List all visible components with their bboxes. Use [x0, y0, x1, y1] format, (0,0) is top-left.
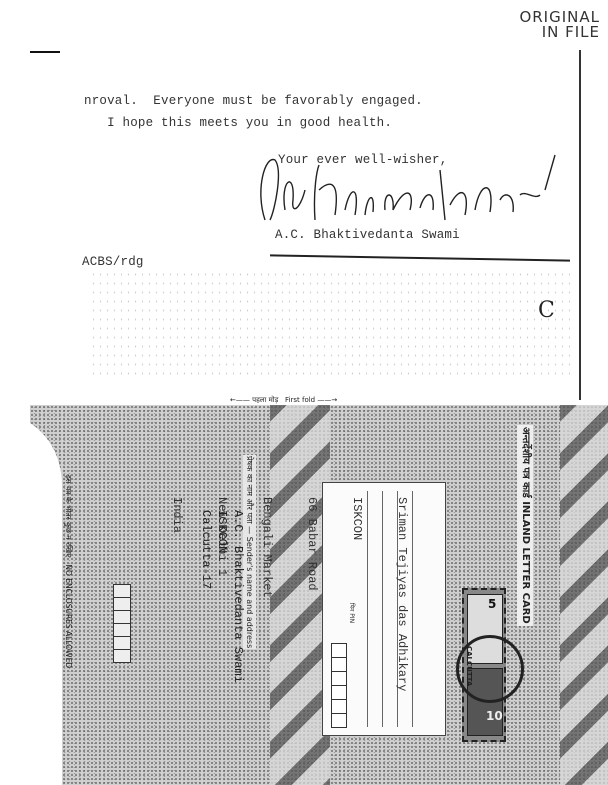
pin-box	[113, 597, 131, 611]
pin-box	[113, 623, 131, 637]
address-line: 66 Babar Road	[304, 497, 319, 691]
pin-label-hindi: पिन	[348, 603, 355, 611]
first-fold-label: ←—— पहला मोड़ First fold ——→	[230, 396, 337, 405]
pin-box	[331, 643, 347, 658]
card-title: अन्तर्देशीय पत्र कार्ड INLAND LETTER CAR…	[517, 425, 533, 626]
signatory-name: A.C. Bhaktivedanta Swami	[275, 228, 460, 242]
no-enclosures-notice: इस पत्र के भीतर कुछ न रखिए NO ENCLOSURES…	[63, 475, 73, 668]
address-line: Bengali Market	[259, 497, 274, 691]
notice-english: NO ENCLOSURES ALLOWED	[64, 564, 73, 668]
pin-box	[113, 636, 131, 650]
handwritten-signature	[255, 150, 565, 230]
pin-box	[113, 649, 131, 663]
bleed-through-noise	[90, 270, 570, 380]
pin-label: पिन PIN	[347, 603, 355, 623]
fold-edge-line	[579, 50, 581, 400]
page-dash	[30, 51, 60, 53]
postmark-text: CALCUTTA	[465, 646, 473, 686]
original-in-file-mark: ORIGINAL IN FILE	[519, 10, 600, 40]
stamp-value: 10	[486, 709, 503, 723]
pin-box	[113, 610, 131, 624]
sender-line: A.C. Bhaktivedanta Swami	[230, 510, 246, 683]
recipient-address-box: Sriman Tejiyas das Adhikary ISKCON 66 Ba…	[322, 482, 446, 736]
sender-line: ISKCON	[214, 510, 230, 683]
address-line: Sriman Tejiyas das Adhikary	[394, 497, 409, 691]
sender-pin-boxes	[113, 584, 131, 662]
pin-boxes	[331, 643, 347, 727]
sender-label-english: Sender's name and address	[245, 537, 254, 649]
pin-box	[113, 584, 131, 598]
recipient-address: Sriman Tejiyas das Adhikary ISKCON 66 Ba…	[139, 497, 439, 691]
card-cutout	[0, 415, 62, 785]
letter-line-2: I hope this meets you in good health.	[84, 116, 392, 130]
address-line: India	[169, 497, 184, 691]
sender-label-hindi: प्रेषक का नाम और पता	[245, 456, 254, 524]
sender-line: Calcutta-17	[198, 510, 214, 683]
pin-box	[331, 713, 347, 728]
card-stripes-right	[560, 405, 608, 785]
fold-label-hindi: पहला मोड़	[252, 396, 278, 404]
signature-rule	[270, 254, 570, 261]
pin-box	[331, 685, 347, 700]
pin-label-english: PIN	[348, 613, 355, 623]
reference-initials: ACBS/rdg	[82, 255, 144, 269]
address-line: ISKCON	[349, 497, 364, 691]
sender-address: A.C. Bhaktivedanta Swami ISKCON Calcutta…	[198, 510, 246, 683]
arrow-right-icon: ——→	[317, 396, 337, 404]
notice-hindi: इस पत्र के भीतर कुछ न रखिए	[64, 475, 73, 557]
pin-box	[331, 671, 347, 686]
postmark-circle: CALCUTTA	[456, 635, 524, 703]
card-title-english: INLAND LETTER CARD	[520, 501, 531, 624]
stamp-value: 5	[488, 597, 496, 611]
pin-box	[331, 657, 347, 672]
card-title-hindi: अन्तर्देशीय पत्र कार्ड	[520, 427, 531, 498]
letter-line-1: nroval. Everyone must be favorably engag…	[84, 94, 423, 108]
pin-box	[331, 699, 347, 714]
fold-label-english: First fold	[285, 396, 315, 404]
file-mark-line-2: IN FILE	[519, 25, 600, 40]
arrow-left-icon: ←——	[230, 396, 250, 404]
handwritten-mark: C	[538, 298, 555, 323]
